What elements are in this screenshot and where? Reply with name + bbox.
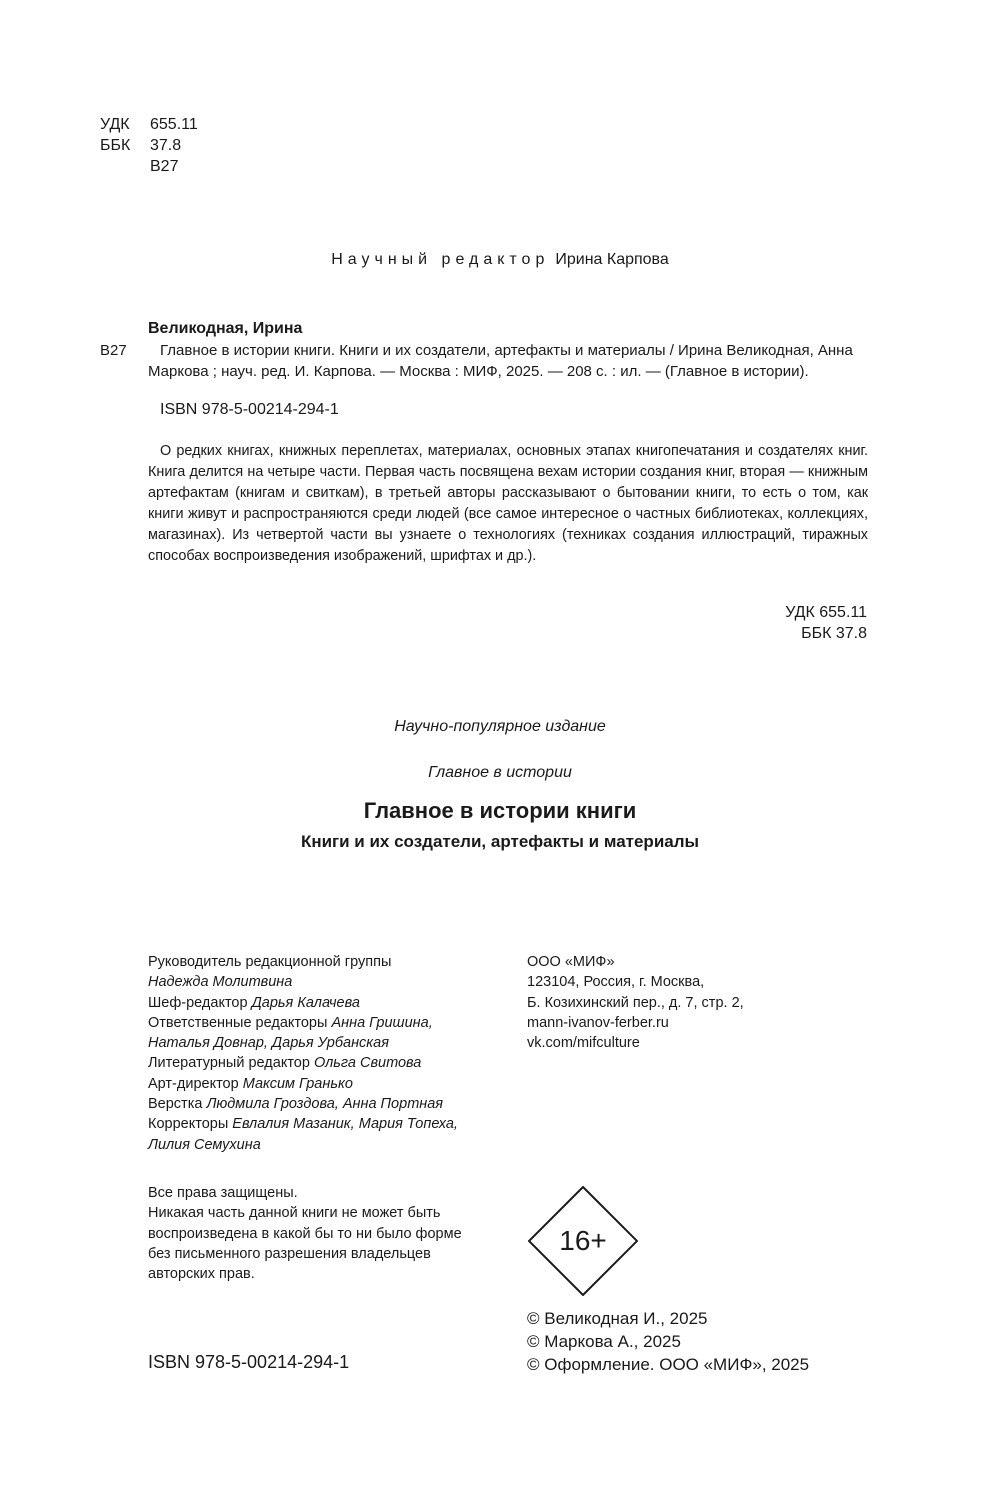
copyright-line: © Маркова А., 2025 xyxy=(527,1330,809,1353)
credit-line: Наталья Довнар, Дарья Урбанская xyxy=(148,1033,458,1053)
credit-line: Лилия Семухина xyxy=(148,1135,458,1155)
annotation-text: О редких книгах, книжных переплетах, мат… xyxy=(148,441,868,567)
publisher-address-street: Б. Козихинский пер., д. 7, стр. 2, xyxy=(527,993,744,1013)
author-heading: Великодная, Ирина xyxy=(148,318,302,339)
age-rating-badge: 16+ xyxy=(528,1186,638,1296)
credit-line: Ответственные редакторы Анна Гришина, xyxy=(148,1013,458,1033)
isbn-bottom: ISBN 978-5-00214-294-1 xyxy=(148,1352,349,1373)
annotation: О редких книгах, книжных переплетах, мат… xyxy=(148,441,868,567)
classification-bbk: ББК37.8 xyxy=(100,135,198,156)
scientific-editor-label: Научный редактор xyxy=(331,251,549,268)
edition-genre: Научно-популярное издание xyxy=(0,716,1000,737)
bibliographic-line-2: Маркова ; науч. ред. И. Карпова. — Москв… xyxy=(148,361,868,382)
record-code: В27 xyxy=(100,340,127,361)
rights-notice: Все права защищены. Никакая часть данной… xyxy=(148,1183,462,1284)
book-title: Главное в истории книги xyxy=(0,800,1000,821)
copyright-line: © Оформление. ООО «МИФ», 2025 xyxy=(527,1353,809,1376)
publisher-name: ООО «МИФ» xyxy=(527,952,744,972)
credit-line: Надежда Молитвина xyxy=(148,972,458,992)
credit-line: Шеф-редактор Дарья Калачева xyxy=(148,993,458,1013)
rights-line: авторских прав. xyxy=(148,1264,462,1284)
copyright-block: © Великодная И., 2025 © Маркова А., 2025… xyxy=(527,1307,809,1376)
publisher-social-link[interactable]: vk.com/mifculture xyxy=(527,1033,744,1053)
credit-line: Верстка Людмила Гроздова, Анна Портная xyxy=(148,1094,458,1114)
classification-block-right: УДК 655.11 ББК 37.8 xyxy=(785,602,867,644)
credit-line: Литературный редактор Ольга Свитова xyxy=(148,1053,458,1073)
copyright-line: © Великодная И., 2025 xyxy=(527,1307,809,1330)
credits-list: Руководитель редакционной группы Надежда… xyxy=(148,952,458,1155)
scientific-editor: Научный редакторИрина Карпова xyxy=(0,249,1000,270)
credit-line: Арт-директор Максим Гранько xyxy=(148,1074,458,1094)
rights-line: Никакая часть данной книги не может быть xyxy=(148,1203,462,1223)
book-subtitle: Книги и их создатели, артефакты и матери… xyxy=(0,831,1000,852)
rights-line: воспроизведена в какой бы то ни было фор… xyxy=(148,1224,462,1244)
scientific-editor-name: Ирина Карпова xyxy=(555,251,668,268)
publisher-info: ООО «МИФ» 123104, Россия, г. Москва, Б. … xyxy=(527,952,744,1053)
classification-udk: УДК655.11 xyxy=(100,114,198,135)
rights-line: без письменного разрешения владельцев xyxy=(148,1244,462,1264)
rights-line: Все права защищены. xyxy=(148,1183,462,1203)
classification-author-mark: В27 xyxy=(100,156,198,177)
credit-line: Руководитель редакционной группы xyxy=(148,952,458,972)
publisher-website-link[interactable]: mann-ivanov-ferber.ru xyxy=(527,1013,744,1033)
credit-line: Корректоры Евлалия Мазаник, Мария Топеха… xyxy=(148,1114,458,1134)
classification-block-top: УДК655.11 ББК37.8 В27 xyxy=(100,114,198,177)
publisher-address-city: 123104, Россия, г. Москва, xyxy=(527,972,744,992)
series-name: Главное в истории xyxy=(0,762,1000,783)
age-rating-text: 16+ xyxy=(528,1186,638,1296)
classification-bbk-right: ББК 37.8 xyxy=(785,623,867,644)
bibliographic-line-1: Главное в истории книги. Книги и их созд… xyxy=(148,340,868,361)
bibliographic-description: Главное в истории книги. Книги и их созд… xyxy=(148,340,868,382)
classification-udk-right: УДК 655.11 xyxy=(785,602,867,623)
isbn-record: ISBN 978-5-00214-294-1 xyxy=(160,399,339,420)
